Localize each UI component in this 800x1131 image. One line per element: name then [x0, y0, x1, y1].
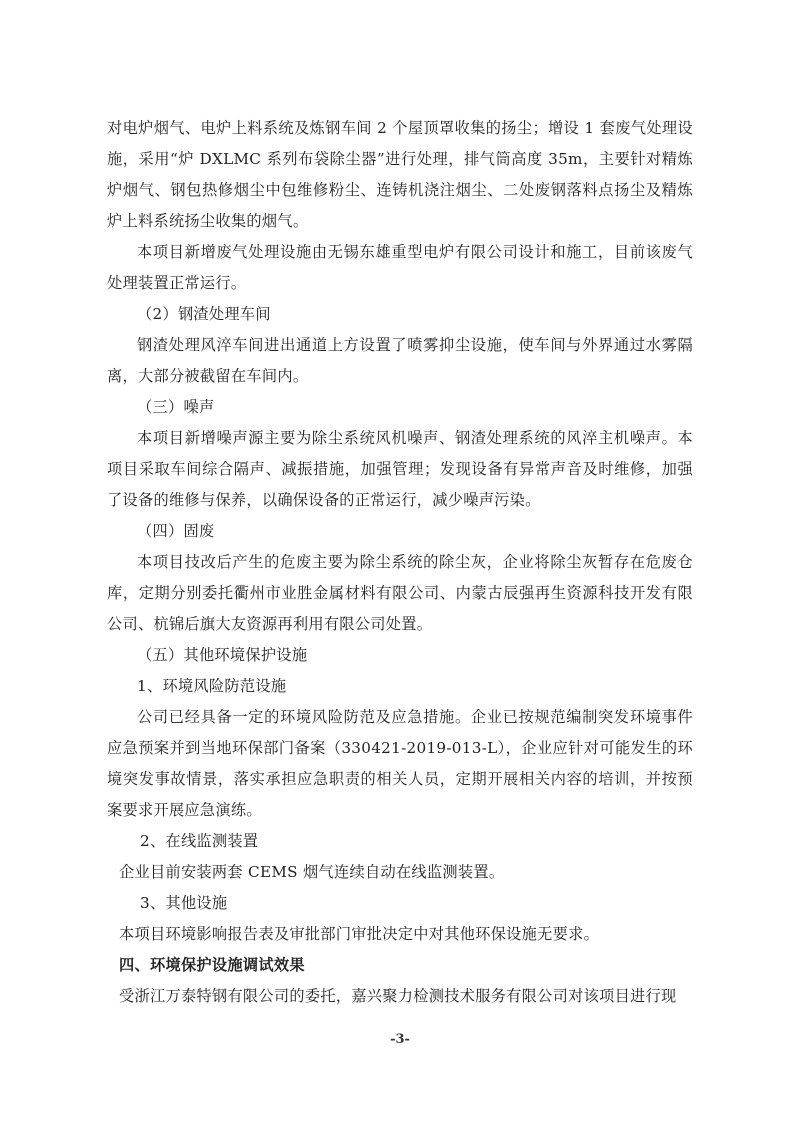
paragraph-misc: 本项目环境影响报告表及审批部门审批决定中对其他环保设施无要求。: [107, 919, 693, 950]
heading-misc-facilities: 3、其他设施: [107, 888, 693, 919]
heading-noise: （三）噪声: [107, 392, 693, 423]
heading-solid-waste: （四）固废: [107, 516, 693, 547]
paragraph-cems: 企业目前安装两套 CEMS 烟气连续自动在线监测装置。: [107, 857, 693, 888]
heading-online-monitoring: 2、在线监测装置: [107, 826, 693, 857]
paragraph-risk-prevention: 公司已经具备一定的环境风险防范及应急措施。企业已按规范编制突发环境事件应急预案并…: [107, 702, 693, 826]
heading-risk-prevention: 1、环境风险防范设施: [107, 671, 693, 702]
paragraph-solid-waste: 本项目技改后产生的危废主要为除尘系统的除尘灰，企业将除尘灰暂存在危废仓库，定期分…: [107, 547, 693, 640]
paragraph-new-facility: 本项目新增废气处理设施由无锡东雄重型电炉有限公司设计和施工，目前该废气处理装置正…: [107, 237, 693, 299]
paragraph-noise: 本项目新增噪声源主要为除尘系统风机噪声、钢渣处理系统的风淬主机噪声。本项目采取车…: [107, 423, 693, 516]
document-body: 对电炉烟气、电炉上料系统及炼钢车间 2 个屋顶罩收集的扬尘；增设 1 套废气处理…: [107, 113, 693, 1012]
heading-section-four: 四、环境保护设施调试效果: [107, 950, 693, 981]
heading-slag-workshop: （2）钢渣处理车间: [107, 299, 693, 330]
heading-other-facilities: （五）其他环境保护设施: [107, 640, 693, 671]
paragraph-dust-collection: 对电炉烟气、电炉上料系统及炼钢车间 2 个屋顶罩收集的扬尘；增设 1 套废气处理…: [107, 113, 693, 237]
paragraph-slag-spray: 钢渣处理风淬车间进出通道上方设置了喷雾抑尘设施，使车间与外界通过水雾隔离，大部分…: [107, 330, 693, 392]
paragraph-commission: 受浙江万泰特钢有限公司的委托，嘉兴聚力检测技术服务有限公司对该项目进行现: [107, 981, 693, 1012]
page-number: -3-: [0, 1032, 800, 1047]
